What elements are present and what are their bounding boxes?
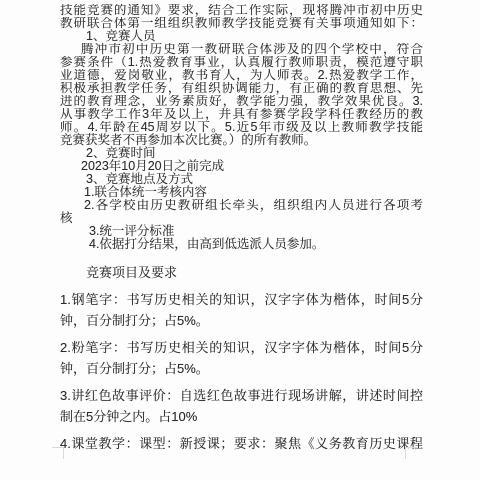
page-boundary-corner-mark-left bbox=[52, 447, 64, 459]
text-line: 制在5分钟之内。占10% bbox=[60, 406, 423, 427]
text-line: 1.联合体统一考核内容 bbox=[60, 186, 423, 199]
text-line: 积极承担教学任务，有组织协调能力，有正确的教育思想、先 bbox=[60, 82, 423, 95]
section-heading-line: 竞赛项目及要求 bbox=[60, 262, 423, 283]
text-line: 2.粉笔字：书写历史相关的知识，汉字字体为楷体，时间5分 bbox=[60, 337, 423, 358]
section-heading-line: 1、竞赛人员 bbox=[60, 30, 423, 43]
text-line: 钟，百分制打分；占5%。 bbox=[60, 358, 423, 379]
text-line: 3.讲红色故事评价：自选红色故事进行现场讲解，讲述时间控 bbox=[60, 385, 423, 406]
text-line: 从事教学工作3年及以上，并具有参赛学段学科任教经历的教 bbox=[60, 108, 423, 121]
text-line: 业道德，爱岗敬业，教书育人，为人师表。2.热爱教学工作， bbox=[60, 69, 423, 82]
text-line: 参赛条件（1.热爱教育事业，认真履行教师职责，模范遵守职 bbox=[60, 56, 423, 69]
text-line: 4.课堂教学：课型：新授课；要求：聚焦《义务教育历史课程 bbox=[60, 433, 423, 454]
document-text-area: 技能竞赛的通知》要求，结合工作实际，现将腾冲市初中历史 教研联合体第一组组织教师… bbox=[60, 4, 423, 454]
text-line: 腾冲市初中历史第一教研联合体涉及的四个学校中，符合 bbox=[60, 43, 423, 56]
page-boundary-corner-mark-right bbox=[405, 447, 417, 459]
text-line: 1.钢笔字：书写历史相关的知识，汉字字体为楷体，时间5分 bbox=[60, 289, 423, 310]
text-line: 钟，百分制打分；占5%。 bbox=[60, 310, 423, 331]
text-line: 4.依据打分结果，由高到低选派人员参加。 bbox=[60, 238, 423, 251]
text-line: 进的教育理念，业务素质好，教学能力强，教学效果优良。3. bbox=[60, 95, 423, 108]
text-line: 2.各学校由历史教研组长牵头，组织组内人员进行各项考 bbox=[60, 199, 423, 212]
scanned-document-page: 技能竞赛的通知》要求，结合工作实际，现将腾冲市初中历史 教研联合体第一组组织教师… bbox=[0, 0, 480, 480]
text-line: 技能竞赛的通知》要求，结合工作实际，现将腾冲市初中历史 bbox=[60, 4, 423, 17]
